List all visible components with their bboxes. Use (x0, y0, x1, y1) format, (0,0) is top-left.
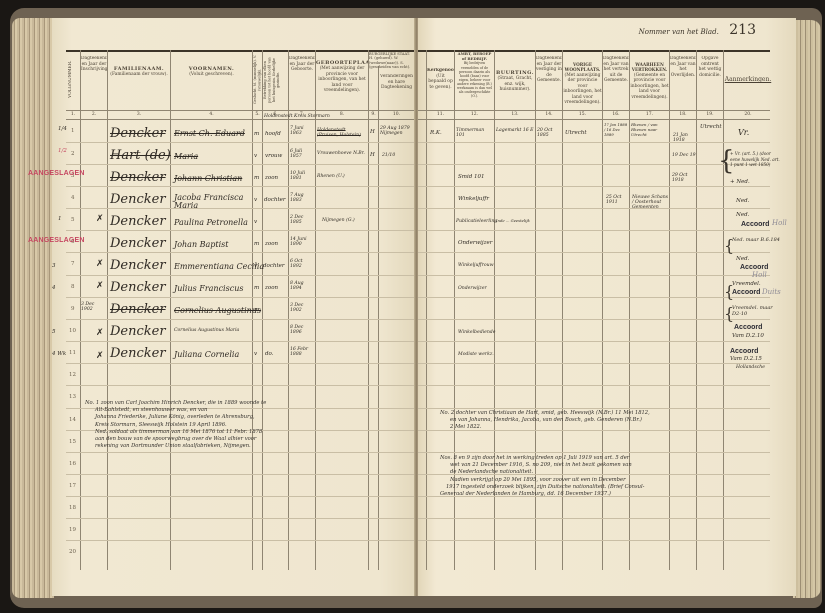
row-rule (418, 363, 770, 364)
occupation-row6: Onderwijzer (458, 240, 492, 246)
death-row2: 19 Dec 19 (672, 153, 696, 158)
header-burgerlijke-staat: BURGERLIJKE STAAT. H. (gehuwd). W. (wedu… (369, 52, 415, 70)
remark-row9: Vreemdel. maar D2-10 (732, 305, 782, 317)
row-rule (418, 385, 770, 386)
row-number: 1 (71, 128, 75, 134)
given-names-row1: Ernst Ch. Eduard (174, 129, 245, 138)
surname-row7: Dencker (110, 258, 166, 273)
column-divider (368, 50, 369, 570)
column-divider (426, 50, 427, 570)
remark-row3: + Ned. (730, 179, 750, 185)
row-rule (66, 385, 416, 386)
page-number-label: Nommer van het Blad. (639, 28, 719, 36)
accoord-stamp: Accoord (732, 289, 760, 296)
cross-mark-icon: ✗ (96, 328, 104, 338)
row-rule (418, 452, 770, 453)
row-number: 18 (69, 505, 76, 511)
header-volgnummer: VOLGNUMMER. (68, 54, 78, 104)
surname-row9: Dencker (110, 302, 166, 317)
row-rule (418, 275, 770, 276)
header-geboorte: Dagteekening en Jaar der Geboorte. (289, 56, 315, 73)
occupation-note-row5: Inde ... Geestelijk (496, 218, 530, 223)
pencil-annotation: Holl (752, 271, 767, 279)
row-number: 5 (71, 217, 75, 223)
surname-row3: Dencker (110, 170, 166, 185)
header-inschrijving: Dagteekening en Jaar der Inschrijving. (81, 56, 107, 73)
header-bottom-rule (418, 110, 770, 111)
surname-row6: Dencker (110, 236, 166, 251)
row-rule (66, 540, 416, 541)
margin-note-row10: 5 (52, 329, 56, 335)
row-rule (418, 319, 770, 320)
header-aanmerkingen: Aanmerkingen. (724, 76, 772, 84)
occupation-row7: Winkeljuffrouw (458, 263, 494, 268)
prev-residence-row1: Utrecht (565, 130, 587, 136)
row-number: 14 (69, 417, 76, 423)
relation-row4: dochter (264, 197, 286, 203)
header-top-rule (66, 50, 416, 52)
remark-row5: Ned. (736, 212, 749, 218)
book-page-edges-right (793, 20, 821, 598)
destination-row4: Nieuwe Schans / Oosterhout Gemeenten (632, 195, 669, 210)
sex-row7: v (254, 263, 257, 269)
birth-date-row11: 16 Febr 1888 (290, 347, 315, 357)
given-names-row4: Jacoba Francisca Maria (174, 194, 254, 210)
given-names-row9: Cornelius Augustinus (174, 306, 261, 315)
remark-row1: Vr. (738, 128, 749, 137)
row-rule (66, 142, 416, 143)
row-rule (66, 164, 416, 165)
remark-row10: Vam D.2.10 (732, 333, 764, 339)
margin-note-row1: 1/4 (58, 126, 67, 132)
pencil-annotation: Holl (772, 219, 787, 227)
header-buurting: BUURTING.(Straat, Gracht, enz. wijk, hui… (495, 70, 535, 93)
departure-row4: 25 Oct 1911 (606, 195, 629, 205)
header-vestiging: Dagteekening en Jaar der vestiging in de… (536, 56, 562, 84)
occupation-row1: Timmerman 101 (456, 128, 494, 138)
surname-row4: Dencker (110, 192, 166, 207)
remark-row6: Ned. maar B.6.184 (732, 237, 780, 243)
column-number: 5. (253, 112, 262, 117)
margin-note-row2: 1/2 (58, 148, 67, 154)
column-number: 19. (697, 112, 723, 117)
occupation-row5: Publicatieleerling (456, 219, 497, 224)
departure-row1: 17 Jan 1888 / 16 Dec 1889 (604, 122, 629, 137)
birthplace-note-row1: Holdenstedt Kreis Stormarn (264, 114, 330, 119)
column-number: 9. (369, 112, 378, 117)
header-waarheen: WAARHEEN VERTROKKEN.(Gemeente en provinc… (630, 62, 669, 100)
header-domicilie: Opgave omtrent het wettig domicilie. (697, 56, 723, 78)
header-kerkgenootschap: Kerkgenootschap.(Uit bepaald op te geven… (427, 68, 454, 90)
birthplace-row2: Vrouwenhoeve N.Br. (317, 151, 367, 156)
row-number: 11 (69, 350, 76, 356)
left-page: VOLGNUMMER. Dagteekening en Jaar der Ins… (52, 18, 416, 596)
row-number: 9 (71, 306, 75, 312)
column-number: 14. (536, 112, 562, 117)
occupation-row10: Winkelbediende (458, 330, 495, 335)
birthplace-row1: Holdenstedt (Pruisen, Holstein) (317, 128, 367, 138)
birth-date-row3: 10 Juli 1881 (290, 171, 315, 181)
column-number: 11. (427, 112, 454, 117)
given-names-row6: Johan Baptist (174, 240, 229, 249)
given-names-row11: Juliana Cornelia (174, 350, 239, 359)
sex-row3: m (254, 175, 259, 181)
column-number: 2. (81, 112, 107, 117)
row-rule (66, 275, 416, 276)
relation-row1: hoofd (265, 131, 281, 137)
margin-note-row8: 4 (52, 285, 56, 291)
accoord-stamp: Accoord (730, 348, 758, 355)
birth-date-row1: 7 Juni 1863 (290, 126, 315, 136)
header-voornamen: VOORNAMEN.(Voluit geschreven). (171, 66, 252, 78)
row-number: 20 (69, 549, 76, 555)
footnote-right-1: No. 2 dochter van Christiaan de Hart, sm… (440, 410, 650, 432)
remark-row7: Ned. (736, 256, 749, 262)
surname-row11: Dencker (110, 346, 166, 361)
header-vertrek: Dagteekening en Jaar van het vertrek uit… (603, 56, 629, 84)
column-number: 18. (670, 112, 696, 117)
birth-date-row5: 2 Dec 1885 (290, 215, 315, 225)
sex-row6: m (254, 241, 259, 247)
civil-change-row2: 21/10 (382, 153, 395, 158)
margin-note-row7: 3 (52, 263, 56, 269)
surname-row8: Dencker (110, 280, 166, 295)
row-rule (66, 452, 416, 453)
row-rule (66, 518, 416, 519)
domicile-row1: Utrecht (700, 124, 722, 130)
footnote-left: No. 1 zoon van Carl Joachim Hinrich Denc… (85, 400, 266, 450)
birth-date-row9: 3 Dec 1902 (290, 303, 315, 313)
religion-row1: R.K. (430, 130, 442, 136)
row-rule (418, 186, 770, 187)
header-bottom-rule (66, 110, 416, 111)
birth-date-row10: 8 Dec 1896 (290, 325, 315, 335)
registration-date-row9: 3 Dec 1902 (81, 302, 107, 312)
street-row1: Lagemarkt 16 E (496, 128, 534, 133)
header-overlijden: Dagteekening en Jaar van het Overlijden. (670, 56, 696, 78)
arrival-row1: 20 Oct 1885 (537, 128, 562, 138)
book-page-edges-left (12, 18, 54, 598)
occupation-row11: Modiste werkz. (458, 352, 494, 357)
civil-change-row1: 29 Aug 1879 Nijmegen (380, 126, 414, 136)
header-geboorteplaats: GEBOORTEPLAATS.(Met aanwijzing der provi… (316, 60, 368, 94)
given-names-row10: Cornelius Augustinus Maria (174, 328, 254, 333)
relation-row8: zoon (265, 285, 278, 291)
column-number: 1. (66, 112, 80, 117)
remark-row8: Vreemdel. (732, 281, 761, 287)
column-number: 4. (171, 112, 252, 117)
death-row3: 29 Oct 1918 (672, 173, 696, 183)
cross-mark-icon: ✗ (96, 351, 104, 361)
accoord-stamp: Accoord (734, 324, 762, 331)
given-names-row5: Paulina Petronella (174, 218, 248, 227)
row-number: 7 (71, 261, 75, 267)
column-number: 10. (379, 112, 414, 117)
birthplace-row3: Rhenen (U.) (317, 174, 345, 179)
row-rule (66, 186, 416, 187)
column-number: 12. (455, 112, 494, 117)
relation-row2: vrouw (265, 153, 282, 159)
remark-row4: Ned. (736, 198, 749, 204)
given-names-row2: Maria (174, 152, 198, 161)
accoord-stamp: Accoord (740, 264, 768, 271)
header-betrekking: Betrekking van elken persoon tot het hoo… (263, 54, 287, 106)
row-rule (418, 341, 770, 342)
row-number: 10 (69, 328, 76, 334)
row-rule (418, 540, 770, 541)
row-rule (418, 297, 770, 298)
margin-note-row11: 4 Wk (52, 351, 66, 357)
column-divider (107, 50, 108, 570)
header-beroep: AMBT, BEROEP of BEDRIJF.Bij bedrijven ve… (455, 52, 494, 98)
given-names-row3: Johann Christian (174, 174, 242, 183)
death-row1: 21 Jan 1918 (673, 133, 695, 143)
column-number: 3. (108, 112, 170, 117)
header-familienaam: FAMILIENAAM.(Familienaam der vrouw). (108, 66, 170, 78)
given-names-row8: Julius Franciscus (174, 284, 243, 293)
row-number: 8 (71, 284, 75, 290)
birth-date-row2: 6 Juli 1857 (290, 149, 315, 159)
birth-date-row6: 14 Juni 1890 (290, 237, 315, 247)
row-number: 13 (69, 394, 76, 400)
row-rule (418, 408, 770, 409)
aangeslagen-stamp: AANGESLAGEN (28, 237, 85, 244)
row-number: 2 (71, 151, 75, 157)
column-divider (669, 50, 670, 570)
column-number: 15. (563, 112, 602, 117)
column-divider (315, 50, 316, 570)
surname-row2: Hart (de) (110, 148, 171, 163)
row-rule (66, 230, 416, 231)
column-number: 13. (495, 112, 535, 117)
row-rule (418, 142, 770, 143)
page-number: Nommer van het Blad. 213 (639, 22, 756, 38)
column-number: 17. (630, 112, 669, 117)
remark-row11-extra: Hollandsche (736, 365, 765, 370)
row-rule (66, 363, 416, 364)
column-divider (262, 50, 263, 570)
row-number: 17 (69, 483, 76, 489)
occupation-row3: Smid 101 (458, 174, 485, 180)
surname-row1: Dencker (110, 126, 166, 141)
column-divider (170, 50, 171, 570)
column-number: 16. (603, 112, 629, 117)
given-names-row7: Emmerentiana Cecilia (174, 262, 264, 271)
birthplace-row5: Nijmegen (G.) (322, 218, 355, 223)
column-number: 20. (724, 112, 772, 117)
row-rule (66, 496, 416, 497)
remark-row2: + Vr. (art. 5.) (door eene huwelijk Ned.… (730, 151, 780, 168)
civil-status-row2: H (370, 152, 375, 158)
sex-row11: v (254, 351, 257, 357)
row-number: 19 (69, 527, 76, 533)
row-rule (418, 208, 770, 209)
row-rule (66, 297, 416, 298)
sex-row5: v (254, 219, 257, 225)
row-number: 4 (71, 195, 75, 201)
sex-row1: m (254, 131, 259, 137)
surname-row5: Dencker (110, 214, 166, 229)
row-number: 12 (69, 372, 76, 378)
birth-date-row4: 7 Aug 1883 (290, 193, 315, 203)
row-number: 16 (69, 461, 76, 467)
sex-row2: v (254, 153, 257, 159)
header-geslacht: Geslacht. M. (mannelijk). V. (vrouwelijk… (253, 54, 262, 106)
birth-date-row7: 6 Oct 1892 (290, 259, 315, 269)
sex-row4: v (254, 197, 257, 203)
column-divider (696, 50, 697, 570)
header-veranderingen: Veranderingen en hare Dagteekening (379, 74, 414, 91)
column-divider (288, 50, 289, 570)
row-rule (66, 341, 416, 342)
cross-mark-icon: ✗ (96, 281, 104, 291)
birth-date-row8: 8 Aug 1894 (290, 281, 315, 291)
occupation-row4: Winkeljuffr (458, 196, 489, 202)
row-rule (66, 319, 416, 320)
surname-row10: Dencker (110, 324, 166, 339)
row-number: 15 (69, 439, 76, 445)
row-rule (66, 119, 416, 120)
row-rule (66, 474, 416, 475)
relation-row7: dochter (263, 263, 285, 269)
relation-row6: zoon (265, 241, 278, 247)
row-rule (418, 252, 770, 253)
destination-row1: Rhenen / van Rhenen naar Utrecht (631, 122, 669, 137)
occupation-row8: Onderwijzer (458, 286, 487, 291)
cross-mark-icon: ✗ (96, 214, 104, 224)
cross-mark-icon: ✗ (96, 259, 104, 269)
page-number-value: 213 (729, 22, 756, 38)
row-rule (418, 119, 770, 120)
row-rule (418, 518, 770, 519)
remark-row11: Vam D.2.15 (730, 356, 762, 362)
relation-row11: do. (265, 351, 273, 357)
row-rule (418, 230, 770, 231)
civil-status-row1: H (370, 129, 375, 135)
row-rule (66, 252, 416, 253)
accoord-stamp: Accoord (741, 221, 769, 228)
sex-row8: m (254, 285, 259, 291)
aangeslagen-stamp: AANGESLAGEN (28, 170, 85, 177)
sex-row9: m (254, 307, 259, 313)
right-page: Nommer van het Blad. 213 Kerkgenootschap… (418, 18, 796, 596)
pencil-annotation: Duits (762, 288, 781, 296)
header-vorige-woonplaats: VORIGE WOONPLAATS.(Met aanwijzing der pr… (563, 62, 602, 106)
relation-row3: zoon (265, 175, 278, 181)
footnote-right-2: Nos. 8 en 9 zijn door het in werking tre… (440, 455, 644, 498)
margin-note-row5: 1 (58, 216, 62, 222)
